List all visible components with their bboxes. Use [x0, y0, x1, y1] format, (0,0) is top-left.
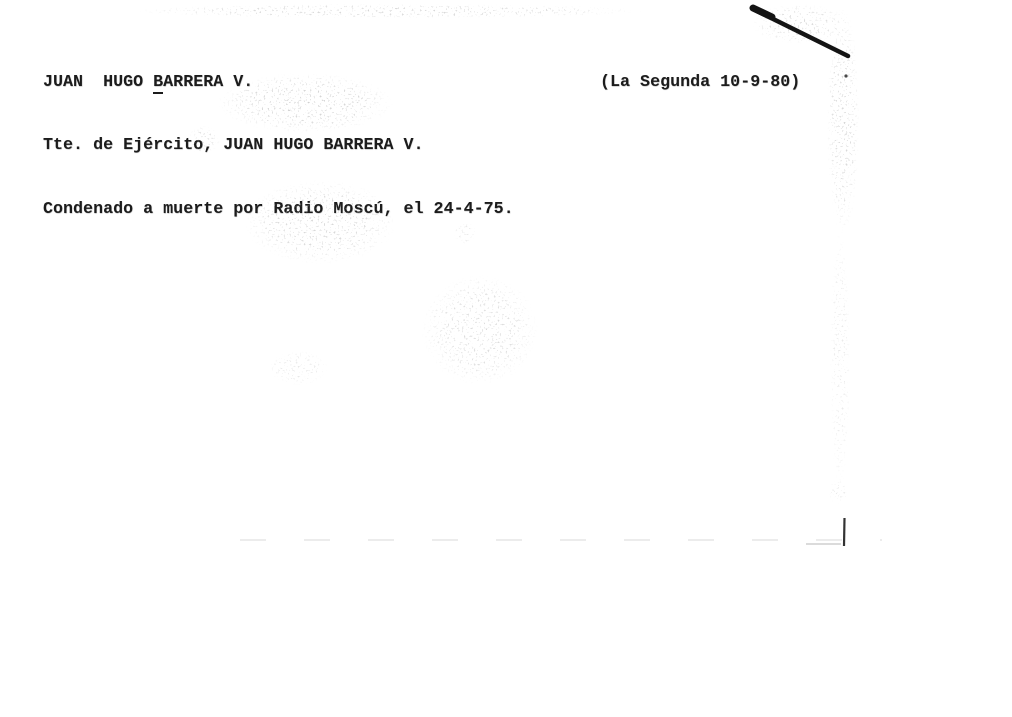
name-heading-underlined-letter: B — [153, 73, 163, 94]
index-card: JUAN HUGO BARRERA V. Tte. de Ejército, J… — [0, 6, 848, 546]
scanned-page: JUAN HUGO BARRERA V. Tte. de Ejército, J… — [0, 0, 1012, 717]
sentence-line: Condenado a muerte por Radio Moscú, el 2… — [43, 199, 514, 220]
typewritten-text-block: JUAN HUGO BARRERA V. Tte. de Ejército, J… — [43, 29, 514, 263]
name-heading-line: JUAN HUGO BARRERA V. — [43, 72, 514, 93]
source-citation: (La Segunda 10-9-80) — [600, 72, 800, 93]
name-heading-post: ARRERA V. — [163, 73, 253, 92]
rank-line: Tte. de Ejército, JUAN HUGO BARRERA V. — [43, 135, 514, 156]
name-heading-pre: JUAN HUGO — [43, 73, 153, 92]
